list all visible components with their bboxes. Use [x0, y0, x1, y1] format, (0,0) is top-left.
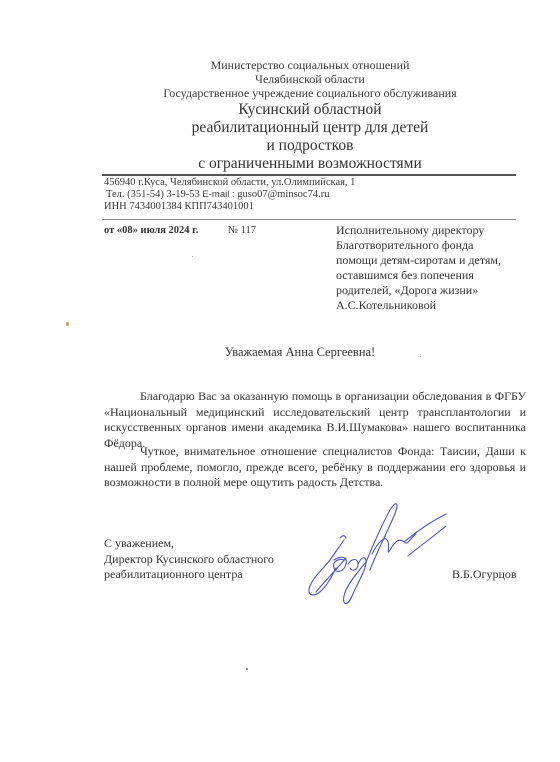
email-label: E-mail : — [202, 189, 234, 200]
letter-number: № 117 — [228, 225, 256, 236]
letter-page: Министерство социальных отношений Челяби… — [0, 0, 560, 762]
ministry-region: Челябинской области — [100, 72, 520, 86]
phone: Тел. (351-54) 3-19-53 — [106, 189, 200, 200]
regards: С уважением, — [104, 536, 274, 552]
phone-email-line: Тел. (351-54) 3-19-53 E-mail : guso07@mi… — [106, 189, 329, 201]
ministry-name: Министерство социальных отношений — [100, 58, 520, 72]
tax-ids: ИНН 7434001384 КПП743401001 — [104, 201, 254, 213]
scan-speck — [66, 322, 69, 326]
institution-name-line2: реабилитационный центр для детей — [100, 119, 520, 137]
addressee-line: помощи детям-сиротам и детям, — [336, 253, 536, 268]
signer-position-line2: реабилитационного центра — [104, 567, 274, 583]
signer-position-line1: Директор Кусинского областного — [104, 552, 274, 568]
addressee-line: оставшимся без попечения — [336, 268, 536, 283]
addressee-line: Благотворительного фонда — [336, 238, 536, 253]
paragraph-text: Чуткое, внимательное отношение специалис… — [104, 444, 526, 491]
email: guso07@minsoc74.ru — [237, 189, 329, 200]
institution-type: Государственное учреждение социального о… — [100, 86, 520, 100]
closing-block: С уважением, Директор Кусинского областн… — [104, 536, 274, 583]
salutation: Уважаемая Анна Сергеевна! — [0, 345, 560, 360]
institution-name-line4: с ограниченными возможностями — [100, 155, 520, 173]
scan-speck — [420, 356, 421, 357]
signer-name: В.Б.Огурцов — [452, 567, 517, 582]
addressee-line: родителей, «Дорога жизни» — [336, 283, 536, 298]
scan-speck — [246, 668, 248, 670]
letterhead-divider — [102, 174, 516, 176]
letter-date: от «08» июля 2024 г. — [104, 225, 198, 236]
addressee-block: Исполнительному директору Благотворитель… — [336, 223, 536, 313]
institution-name-line1: Кусинский областной — [100, 101, 520, 119]
letterhead: Министерство социальных отношений Челяби… — [100, 0, 520, 170]
body-paragraph-2: Чуткое, внимательное отношение специалис… — [104, 444, 526, 491]
paragraph-text: Благодарю Вас за оказанную помощь в орга… — [104, 389, 526, 451]
reference-divider — [102, 219, 516, 220]
handwritten-signature-icon — [300, 498, 450, 610]
institution-name-line3: и подростков — [100, 137, 520, 155]
scan-speck — [192, 256, 193, 257]
addressee-line: Исполнительному директору — [336, 223, 536, 238]
body-paragraph-1: Благодарю Вас за оказанную помощь в орга… — [104, 389, 526, 451]
addressee-line: А.С.Котельниковой — [336, 298, 536, 313]
address: 456940 г.Куса, Челябинской области, ул.О… — [104, 177, 355, 189]
